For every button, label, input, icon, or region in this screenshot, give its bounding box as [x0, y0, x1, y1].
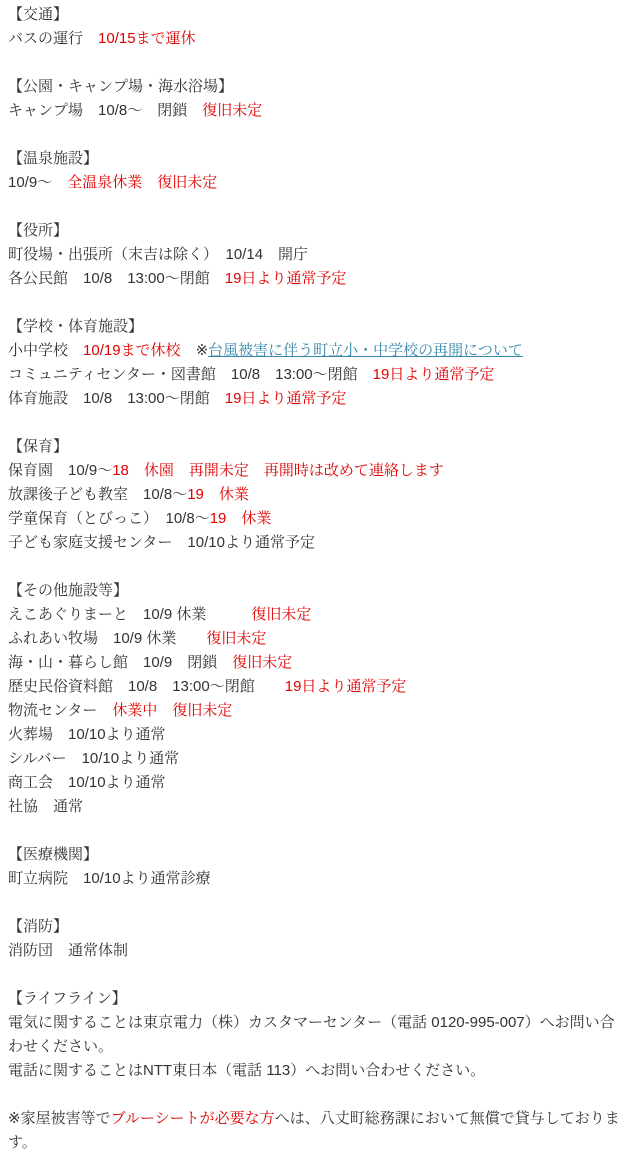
section-header-other-facilities: 【その他施設等】 — [8, 579, 629, 603]
status-text-red: 復旧未定 — [202, 102, 262, 119]
status-line: バスの運行 10/15まで運休 — [8, 27, 629, 51]
status-text: 物流センター — [8, 702, 112, 719]
status-line: ふれあい牧場 10/9 休業 復旧未定 — [8, 627, 629, 651]
status-line: 各公民館 10/8 13:00〜閉館 19日より通常予定 — [8, 267, 629, 291]
status-text: 電話に関することはNTT東日本（電話 113）へお問い合わせください。 — [8, 1062, 485, 1079]
status-text-red: ブルーシートが必要な方 — [111, 1110, 275, 1127]
status-line: 保育園 10/9〜18 休園 再開未定 再開時は改めて連絡します — [8, 459, 629, 483]
status-text: ※家屋被害等で — [8, 1110, 111, 1127]
status-text-red: 10/15まで運休 — [98, 30, 196, 47]
status-text: 10/9〜 — [8, 174, 67, 191]
status-text-red: 全温泉休業 復旧未定 — [67, 174, 217, 191]
status-text-red: 復旧未定 — [206, 630, 266, 647]
status-text: バスの運行 — [8, 30, 98, 47]
status-text: 社協 通常 — [8, 798, 83, 815]
status-text: 各公民館 10/8 13:00〜閉館 — [8, 270, 225, 287]
report-body: 【交通】バスの運行 10/15まで運休【公園・キャンプ場・海水浴場】キャンプ場 … — [8, 3, 629, 1155]
status-line: 商工会 10/10より通常 — [8, 771, 629, 795]
section-header-fire-department: 【消防】 — [8, 915, 629, 939]
status-text: 学童保育（とびっこ） 10/8〜 — [8, 510, 210, 527]
status-line: 火葬場 10/10より通常 — [8, 723, 629, 747]
status-text: 消防団 通常体制 — [8, 942, 128, 959]
status-text: 体育施設 10/8 13:00〜閉館 — [8, 390, 225, 407]
status-line: 町役場・出張所（末吉は除く） 10/14 開庁 — [8, 243, 629, 267]
status-line: えこあぐりまーと 10/9 休業 復旧未定 — [8, 603, 629, 627]
status-text: シルバー 10/10より通常 — [8, 750, 179, 767]
status-line: 海・山・暮らし館 10/9 閉鎖 復旧未定 — [8, 651, 629, 675]
status-text: 海・山・暮らし館 10/9 閉鎖 — [8, 654, 232, 671]
status-text: 町役場・出張所（末吉は除く） 10/14 開庁 — [8, 246, 308, 263]
status-text-red: 19日より通常予定 — [373, 366, 495, 383]
status-line: ※家屋被害等でブルーシートが必要な方へは、八丈町総務課において無償で貸与しており… — [8, 1107, 629, 1155]
status-text-red: 復旧未定 — [251, 606, 311, 623]
status-text: 保育園 10/9〜 — [8, 462, 112, 479]
section-header-government-offices: 【役所】 — [8, 219, 629, 243]
status-text: 小中学校 — [8, 342, 83, 359]
status-text-red: 19 休業 — [210, 510, 272, 527]
section-header-lifelines: 【ライフライン】 — [8, 987, 629, 1011]
section-header-hot-springs: 【温泉施設】 — [8, 147, 629, 171]
section-header-parks-camps-beaches: 【公園・キャンプ場・海水浴場】 — [8, 75, 629, 99]
status-text: キャンプ場 10/8〜 閉鎖 — [8, 102, 202, 119]
section-transport: 【交通】バスの運行 10/15まで運休 — [8, 3, 629, 51]
status-line: 歴史民俗資料館 10/8 13:00〜閉館 19日より通常予定 — [8, 675, 629, 699]
section-hot-springs: 【温泉施設】10/9〜 全温泉休業 復旧未定 — [8, 147, 629, 195]
status-text-red: 19日より通常予定 — [285, 678, 407, 695]
status-line: 学童保育（とびっこ） 10/8〜19 休業 — [8, 507, 629, 531]
status-line: 電話に関することはNTT東日本（電話 113）へお問い合わせください。 — [8, 1059, 629, 1083]
section-schools-sports: 【学校・体育施設】小中学校 10/19まで休校 ※台風被害に伴う町立小・中学校の… — [8, 315, 629, 411]
status-text: 火葬場 10/10より通常 — [8, 726, 166, 743]
status-text-red: 休業中 復旧未定 — [112, 702, 232, 719]
status-text-red: 18 休園 再開未定 再開時は改めて連絡します — [112, 462, 444, 479]
status-text: 子ども家庭支援センター 10/10より通常予定 — [8, 534, 315, 551]
status-text-red: 19日より通常予定 — [225, 270, 347, 287]
status-text: ※ — [181, 342, 209, 359]
section-header-childcare: 【保育】 — [8, 435, 629, 459]
status-text: 歴史民俗資料館 10/8 13:00〜閉館 — [8, 678, 285, 695]
status-line: 放課後子ども教室 10/8〜19 休業 — [8, 483, 629, 507]
status-text: えこあぐりまーと 10/9 休業 — [8, 606, 251, 623]
section-other-facilities: 【その他施設等】えこあぐりまーと 10/9 休業 復旧未定ふれあい牧場 10/9… — [8, 579, 629, 819]
status-line: 物流センター 休業中 復旧未定 — [8, 699, 629, 723]
section-medical: 【医療機関】町立病院 10/10より通常診療 — [8, 843, 629, 891]
status-line: シルバー 10/10より通常 — [8, 747, 629, 771]
status-line: 町立病院 10/10より通常診療 — [8, 867, 629, 891]
status-line: コミュニティセンター・図書館 10/8 13:00〜閉館 19日より通常予定 — [8, 363, 629, 387]
status-text: 町立病院 10/10より通常診療 — [8, 870, 211, 887]
section-fire-department: 【消防】消防団 通常体制 — [8, 915, 629, 963]
status-line: 電気に関することは東京電力（株）カスタマーセンター（電話 0120-995-00… — [8, 1011, 629, 1059]
school-reopening-link[interactable]: 台風被害に伴う町立小・中学校の再開について — [208, 342, 523, 359]
status-text: コミュニティセンター・図書館 10/8 13:00〜閉館 — [8, 366, 373, 383]
section-header-schools-sports: 【学校・体育施設】 — [8, 315, 629, 339]
section-header-medical: 【医療機関】 — [8, 843, 629, 867]
section-header-transport: 【交通】 — [8, 3, 629, 27]
facility-status-report: 【交通】バスの運行 10/15まで運休【公園・キャンプ場・海水浴場】キャンプ場 … — [0, 0, 637, 1165]
section-lifelines: 【ライフライン】電気に関することは東京電力（株）カスタマーセンター（電話 012… — [8, 987, 629, 1083]
status-text-red: 19日より通常予定 — [225, 390, 347, 407]
status-line: キャンプ場 10/8〜 閉鎖 復旧未定 — [8, 99, 629, 123]
status-line: 10/9〜 全温泉休業 復旧未定 — [8, 171, 629, 195]
status-text-red: 復旧未定 — [232, 654, 292, 671]
status-text-red: 10/19まで休校 — [83, 342, 181, 359]
status-text: 電気に関することは東京電力（株）カスタマーセンター（電話 0120-995-00… — [8, 1014, 615, 1055]
section-childcare: 【保育】保育園 10/9〜18 休園 再開未定 再開時は改めて連絡します放課後子… — [8, 435, 629, 555]
status-line: 小中学校 10/19まで休校 ※台風被害に伴う町立小・中学校の再開について — [8, 339, 629, 363]
status-text: 商工会 10/10より通常 — [8, 774, 166, 791]
status-text-red: 19 休業 — [187, 486, 249, 503]
status-line: 社協 通常 — [8, 795, 629, 819]
section-tarp-notice: ※家屋被害等でブルーシートが必要な方へは、八丈町総務課において無償で貸与しており… — [8, 1107, 629, 1155]
status-line: 子ども家庭支援センター 10/10より通常予定 — [8, 531, 629, 555]
status-text: 放課後子ども教室 10/8〜 — [8, 486, 187, 503]
status-text: ふれあい牧場 10/9 休業 — [8, 630, 206, 647]
section-parks-camps-beaches: 【公園・キャンプ場・海水浴場】キャンプ場 10/8〜 閉鎖 復旧未定 — [8, 75, 629, 123]
status-line: 消防団 通常体制 — [8, 939, 629, 963]
section-government-offices: 【役所】町役場・出張所（末吉は除く） 10/14 開庁各公民館 10/8 13:… — [8, 219, 629, 291]
status-line: 体育施設 10/8 13:00〜閉館 19日より通常予定 — [8, 387, 629, 411]
